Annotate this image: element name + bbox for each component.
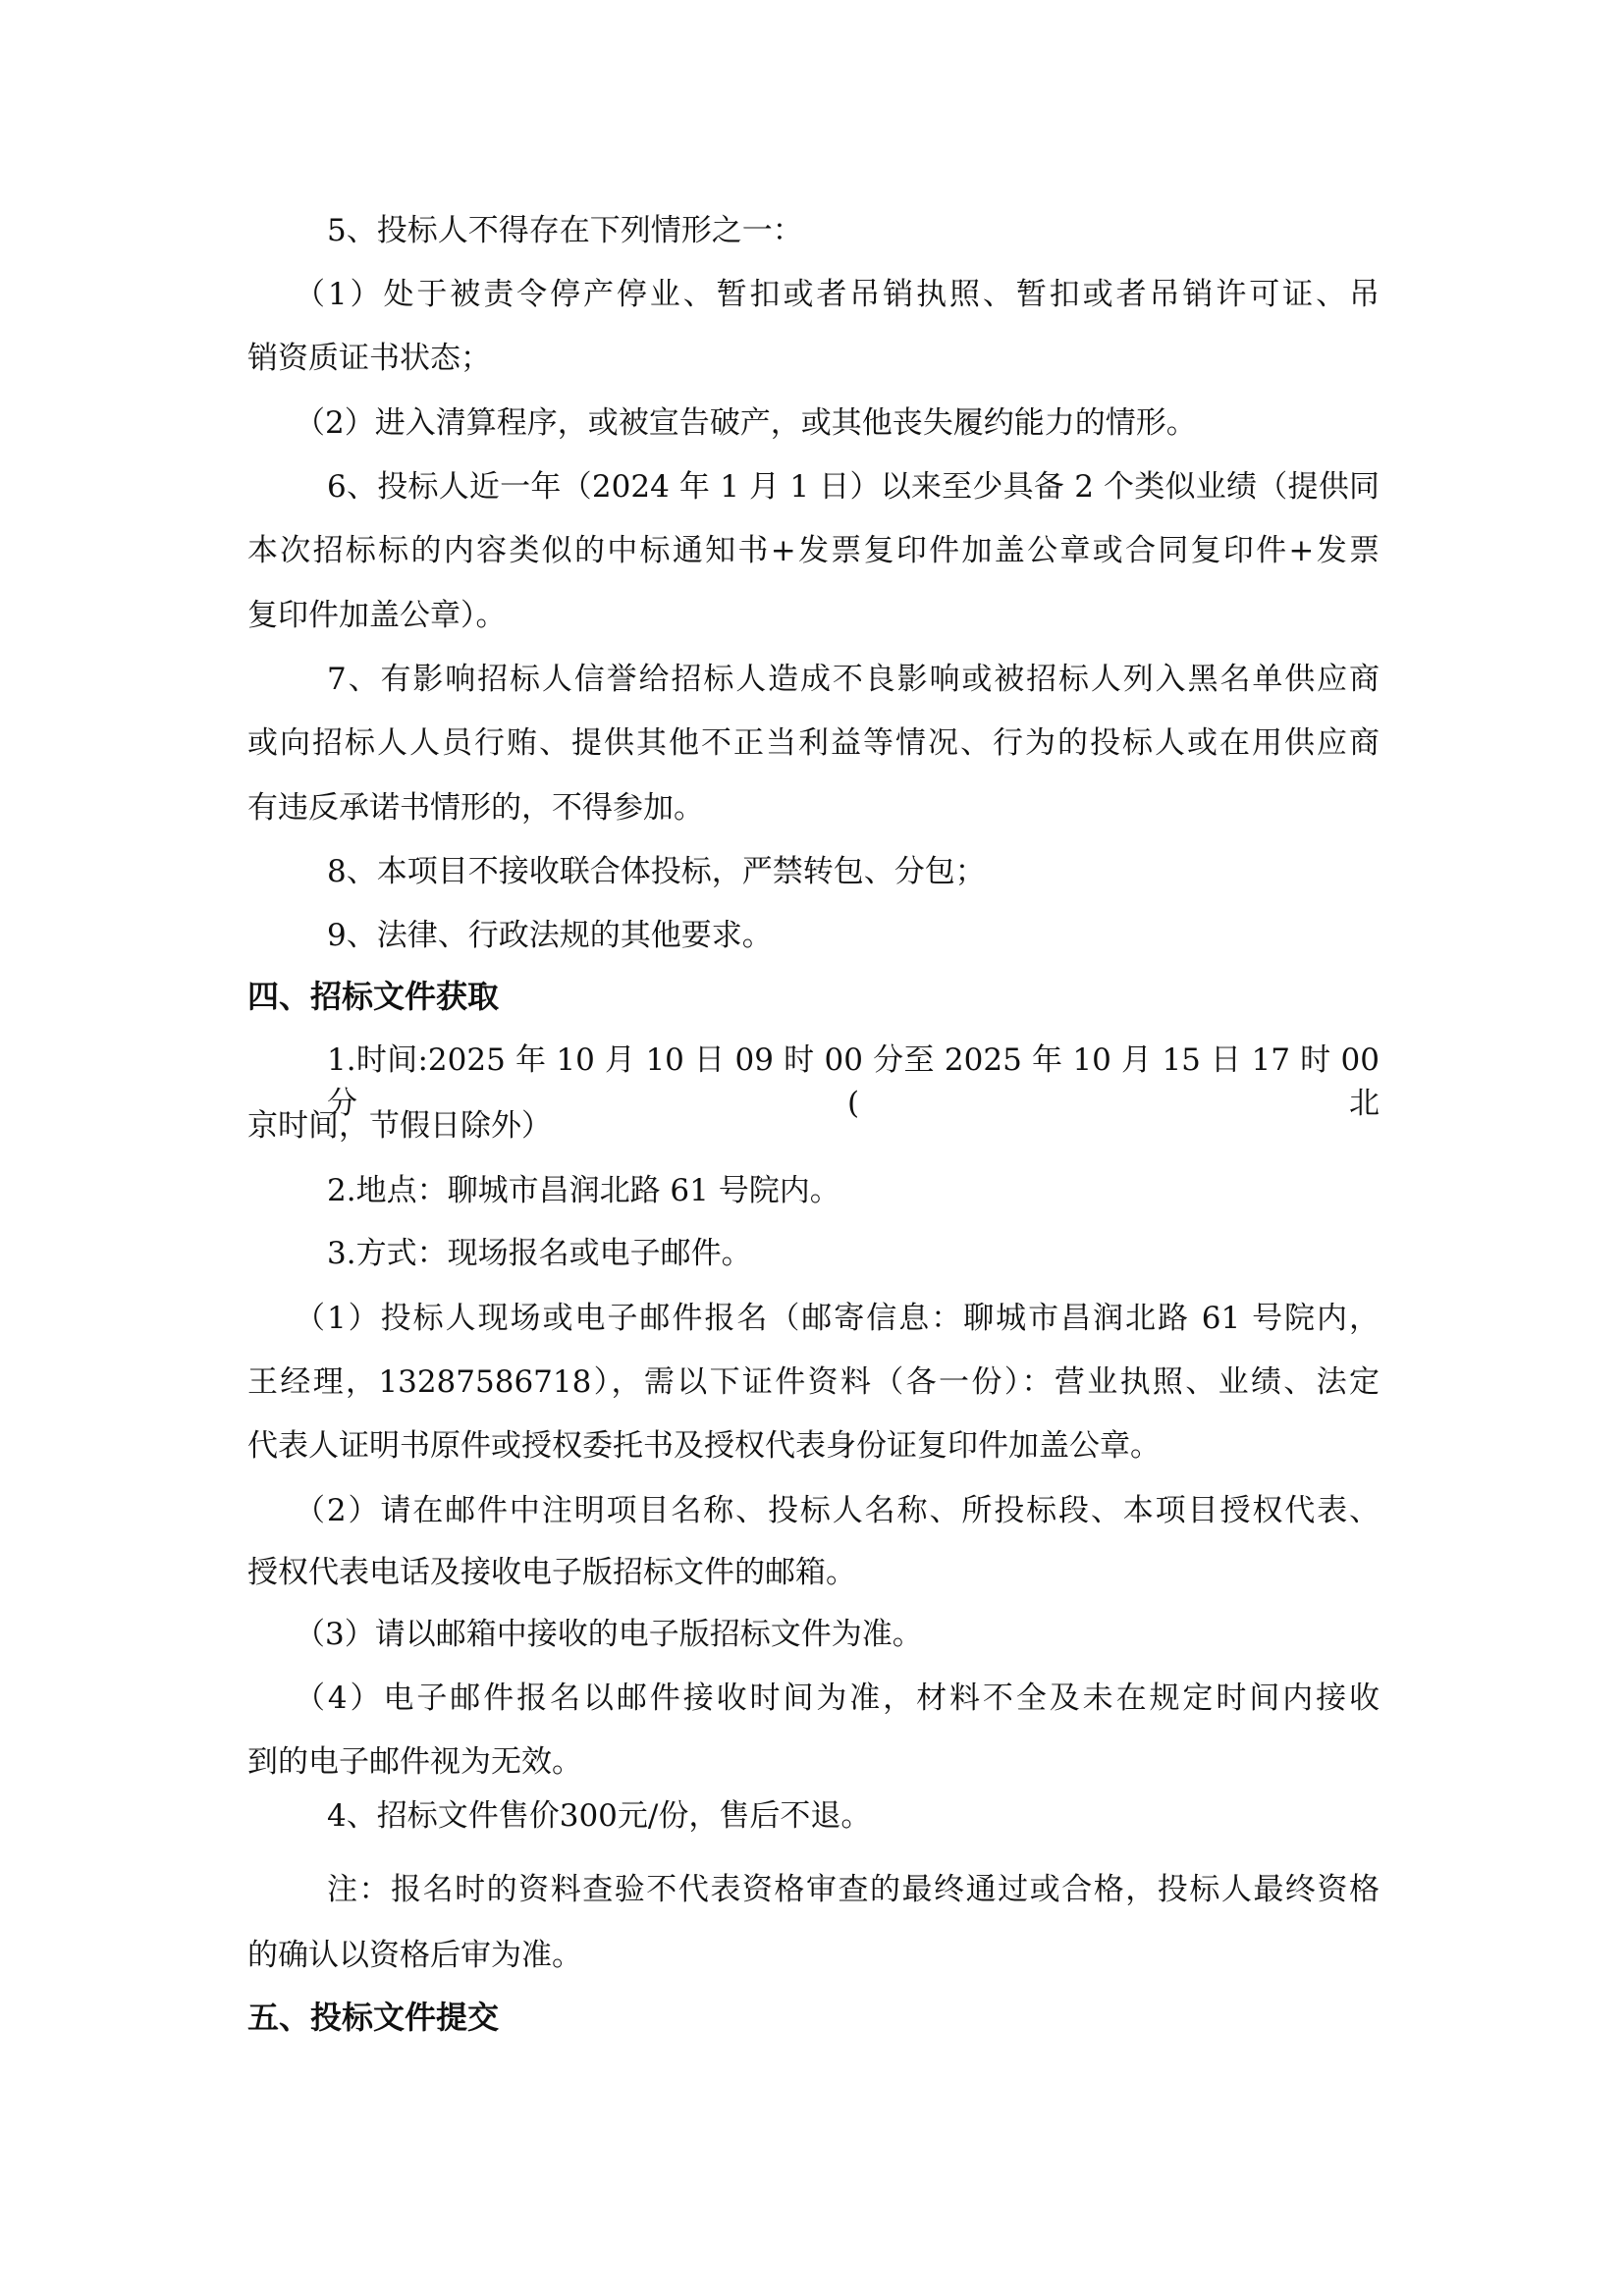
paragraph-line: 8、本项目不接收联合体投标，严禁转包、分包； [327,850,1380,893]
paragraph-line: 销资质证书状态； [247,337,1380,380]
paragraph-line: 3.方式：现场报名或电子邮件。 [327,1232,1380,1275]
paragraph-line: 到的电子邮件视为无效。 [247,1740,1380,1784]
paragraph-line: 1.时间:2025 年 10 月 10 日 09 时 00 分至 2025 年 … [327,1039,1380,1082]
paragraph-line: （3）请以邮箱中接收的电子版招标文件为准。 [295,1613,1380,1656]
paragraph-line: 6、投标人近一年（2024 年 1 月 1 日）以来至少具备 2 个类似业绩（提… [327,465,1380,508]
paragraph-line: 复印件加盖公章）。 [247,594,1380,637]
paragraph-line: （2）进入清算程序，或被宣告破产，或其他丧失履约能力的情形。 [295,401,1380,445]
paragraph-line: 京时间，节假日除外） [247,1104,1380,1148]
paragraph-line: （2）请在邮件中注明项目名称、投标人名称、所投标段、本项目授权代表、 [295,1489,1380,1532]
paragraph-line: 或向招标人人员行贿、提供其他不正当利益等情况、行为的投标人或在用供应商 [247,721,1380,765]
paragraph-line: （4）电子邮件报名以邮件接收时间为准，材料不全及未在规定时间内接收 [295,1677,1380,1720]
paragraph-line: 注：报名时的资料查验不代表资格审查的最终通过或合格，投标人最终资格 [327,1868,1380,1911]
paragraph-line: 7、有影响招标人信誉给招标人造成不良影响或被招标人列入黑名单供应商 [327,658,1380,701]
paragraph-line: 代表人证明书原件或授权委托书及授权代表身份证复印件加盖公章。 [247,1424,1380,1468]
document-page: 5、投标人不得存在下列情形之一：（1）处于被责令停产停业、暂扣或者吊销执照、暂扣… [0,0,1624,2296]
paragraph-line: 的确认以资格后审为准。 [247,1934,1380,1977]
paragraph-line: 王经理，13287586718），需以下证件资料（各一份）：营业执照、业绩、法定 [247,1361,1380,1404]
paragraph-line: （1）投标人现场或电子邮件报名（邮寄信息：聊城市昌润北路 61 号院内， [295,1297,1380,1340]
paragraph-line: 4、招标文件售价300元/份，售后不退。 [327,1794,1380,1838]
paragraph-line: 2.地点：聊城市昌润北路 61 号院内。 [327,1169,1380,1212]
paragraph-line: 授权代表电话及接收电子版招标文件的邮箱。 [247,1551,1380,1594]
paragraph-line: （1）处于被责令停产停业、暂扣或者吊销执照、暂扣或者吊销许可证、吊 [295,273,1380,316]
section-heading: 五、投标文件提交 [247,1996,1380,2039]
section-heading: 四、招标文件获取 [247,975,1380,1018]
paragraph-line: 本次招标标的内容类似的中标通知书+发票复印件加盖公章或合同复印件+发票 [247,529,1380,572]
paragraph-line: 5、投标人不得存在下列情形之一： [327,209,1380,252]
paragraph-line: 9、法律、行政法规的其他要求。 [327,914,1380,957]
paragraph-line: 有违反承诺书情形的，不得参加。 [247,786,1380,829]
